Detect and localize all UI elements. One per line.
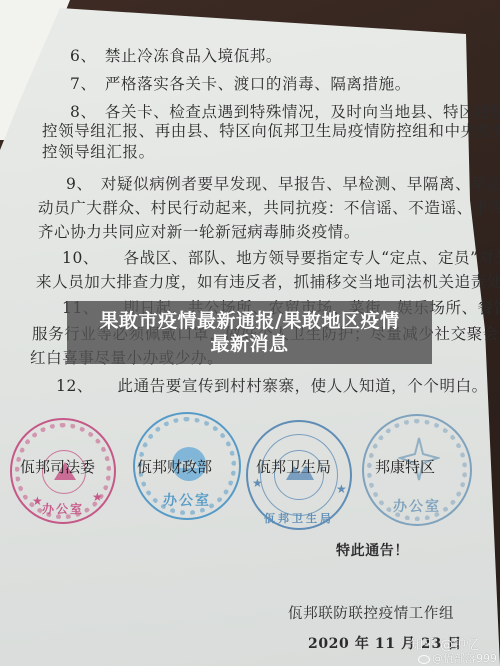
item-10-line-1: 10、 各战区、部队、地方领导要指定专人“定点、定员”对外: [62, 246, 500, 268]
weibo-watermark: @佤部落999: [418, 650, 497, 666]
item-8-line-3: 控领导组汇报。: [42, 140, 155, 162]
item-8-line-2: 控领导组汇报、再由县、特区向佤邦卫生局疫情防控组和中央疫情防: [42, 119, 500, 141]
weibo-icon: [418, 655, 430, 664]
item-9-line-2: 动员广大群众、村民行动起来，共同抗疫：不信谣、不造谣、不传谣、: [38, 196, 500, 218]
stamp-office-text: 办公室: [12, 500, 114, 517]
stamp-office-text: 佤邦卫生局: [248, 510, 350, 526]
overlay-title-line-1: 果敢市疫情最新通报/果敢地区疫情: [100, 310, 400, 333]
star-icon: ★: [336, 482, 347, 496]
stamp-label-finance: 佤邦财政部: [137, 456, 212, 477]
item-7: 7、 严格落实各关卡、渡口的消毒、隔离措施。: [70, 72, 411, 94]
item-9-line-1: 9、 对疑似病例者要早发现、早报告、早检测、早隔离、早治疗，: [66, 172, 500, 194]
stamp-label-judicial: 佤邦司法委: [20, 456, 95, 477]
title-overlay-banner: 果敢市疫情最新通报/果敢地区疫情 最新消息: [67, 301, 432, 364]
closing-statement: 特此通告！: [336, 540, 409, 560]
stamp-label-health: 佤邦卫生局: [256, 456, 331, 477]
overlay-title-line-2: 最新消息: [210, 333, 288, 356]
weibo-handle: @佤部落999: [432, 652, 497, 665]
issuer-name: 佤邦联防联控疫情工作组: [288, 602, 454, 623]
item-9-line-3: 齐心协力共同应对新一轮新冠病毒肺炎疫情。: [38, 220, 360, 242]
item-6: 6、 禁止冷冻食品入境佤邦。: [70, 44, 282, 66]
stamp-office-text: 办公室: [135, 490, 239, 510]
star-icon: ★: [252, 476, 263, 490]
item-10-line-2: 来人员加大排查力度，如有违反者，抓捕移交当地司法机关追责处理。: [36, 270, 500, 292]
stamp-label-bangkang: 邦康特区: [375, 456, 435, 477]
item-12: 12、 此通告要宣传到村村寨寨，使人人知道，个个明白。: [56, 374, 488, 396]
stamp-office-text: 办公室: [364, 496, 470, 516]
